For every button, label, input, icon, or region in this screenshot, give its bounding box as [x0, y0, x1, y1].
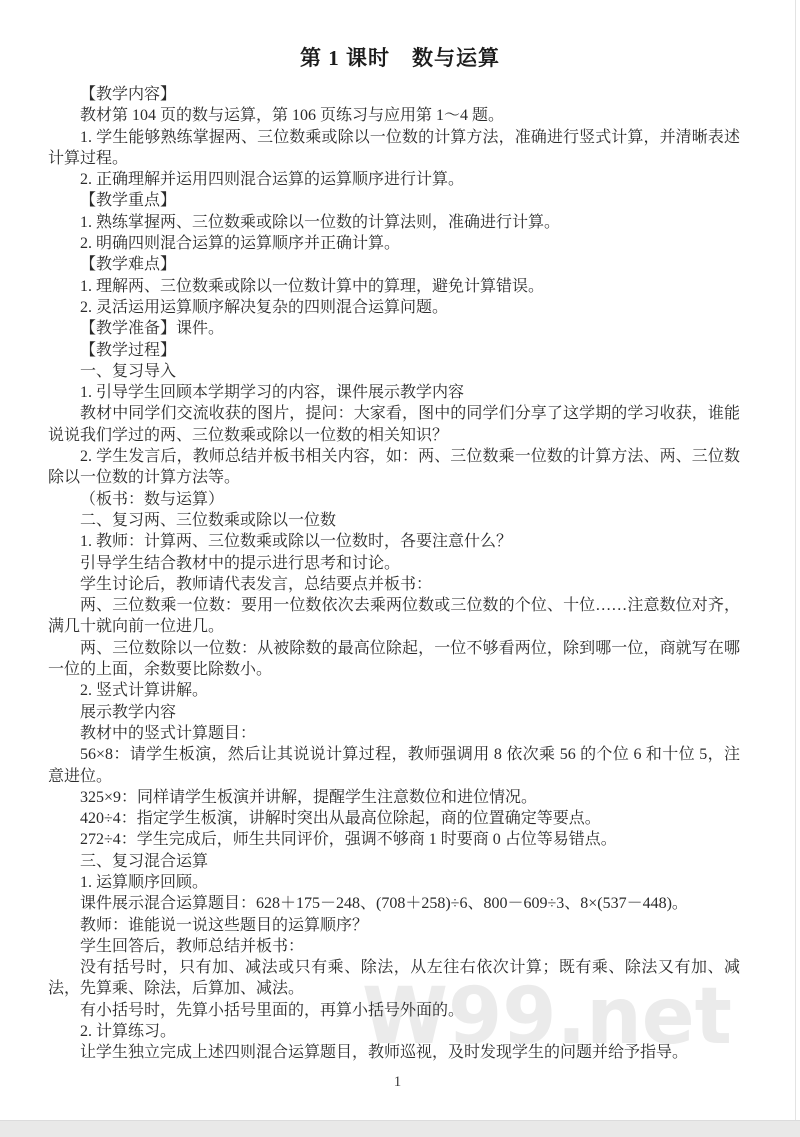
paragraph: 三、复习混合运算 [48, 851, 740, 872]
paragraph: 学生讨论后，教师请代表发言，总结要点并板书： [48, 574, 740, 595]
paragraph: 展示教学内容 [48, 702, 740, 723]
paragraph: 教材第 104 页的数与运算，第 106 页练习与应用第 1～4 题。 [48, 105, 740, 126]
paragraph: 272÷4：学生完成后，师生共同评价，强调不够商 1 时要商 0 占位等易错点。 [48, 829, 740, 850]
page-number: 1 [0, 1074, 795, 1091]
paragraph: （板书：数与运算） [48, 489, 740, 510]
viewer-bottom-strip [0, 1120, 800, 1137]
paragraph: 【教学过程】 [48, 340, 740, 361]
paragraph: 325×9：同样请学生板演并讲解，提醒学生注意数位和进位情况。 [48, 787, 740, 808]
paragraph: 2. 竖式计算讲解。 [48, 680, 740, 701]
paragraph: 有小括号时，先算小括号里面的，再算小括号外面的。 [48, 1000, 740, 1021]
paragraph: 1. 教师：计算两、三位数乘或除以一位数时，各要注意什么？ [48, 531, 740, 552]
paragraph: 教师：谁能说一说这些题目的运算顺序？ [48, 915, 740, 936]
paragraph: 1. 熟练掌握两、三位数乘或除以一位数的计算法则，准确进行计算。 [48, 212, 740, 233]
paragraph: 1. 理解两、三位数乘或除以一位数计算中的算理，避免计算错误。 [48, 276, 740, 297]
paragraph: 2. 计算练习。 [48, 1021, 740, 1042]
document-viewport: W99.net 第 1 课时 数与运算 【教学内容】教材第 104 页的数与运算… [0, 0, 800, 1137]
document-title: 第 1 课时 数与运算 [0, 42, 800, 72]
paragraph: 1. 引导学生回顾本学期学习的内容，课件展示教学内容 [48, 382, 740, 403]
paragraph: 2. 明确四则混合运算的运算顺序并正确计算。 [48, 233, 740, 254]
paragraph: 【教学内容】 [48, 84, 740, 105]
paragraph: 1. 运算顺序回顾。 [48, 872, 740, 893]
paragraph: 1. 学生能够熟练掌握两、三位数乘或除以一位数的计算方法，准确进行竖式计算，并清… [48, 127, 740, 170]
paragraph: 【教学准备】课件。 [48, 318, 740, 339]
paragraph: 【教学重点】 [48, 190, 740, 211]
paragraph: 二、复习两、三位数乘或除以一位数 [48, 510, 740, 531]
paragraph: 让学生独立完成上述四则混合运算题目，教师巡视，及时发现学生的问题并给予指导。 [48, 1042, 740, 1063]
paragraph: 引导学生结合教材中的提示进行思考和讨论。 [48, 553, 740, 574]
paragraph: 56×8：请学生板演，然后让其说说计算过程，教师强调用 8 依次乘 56 的个位… [48, 744, 740, 787]
paragraph: 【教学难点】 [48, 254, 740, 275]
paragraph: 教材中同学们交流收获的图片，提问：大家看，图中的同学们分享了这学期的学习收获，谁… [48, 403, 740, 446]
paragraph: 一、复习导入 [48, 361, 740, 382]
paragraph: 420÷4：指定学生板演，讲解时突出从最高位除起，商的位置确定等要点。 [48, 808, 740, 829]
paragraph: 2. 灵活运用运算顺序解决复杂的四则混合运算问题。 [48, 297, 740, 318]
paragraph: 2. 学生发言后，教师总结并板书相关内容，如：两、三位数乘一位数的计算方法、两、… [48, 446, 740, 489]
paragraph: 课件展示混合运算题目：628＋175－248、(708＋258)÷6、800－6… [48, 893, 740, 914]
paragraph: 教材中的竖式计算题目： [48, 723, 740, 744]
paragraph: 两、三位数乘一位数：要用一位数依次去乘两位数或三位数的个位、十位……注意数位对齐… [48, 595, 740, 638]
paragraph: 两、三位数除以一位数：从被除数的最高位除起，一位不够看两位，除到哪一位，商就写在… [48, 638, 740, 681]
paragraph: 学生回答后，教师总结并板书： [48, 936, 740, 957]
document-body: 【教学内容】教材第 104 页的数与运算，第 106 页练习与应用第 1～4 题… [48, 84, 740, 1064]
paragraph: 2. 正确理解并运用四则混合运算的运算顺序进行计算。 [48, 169, 740, 190]
paragraph: 没有括号时，只有加、减法或只有乘、除法，从左往右依次计算；既有乘、除法又有加、减… [48, 957, 740, 1000]
